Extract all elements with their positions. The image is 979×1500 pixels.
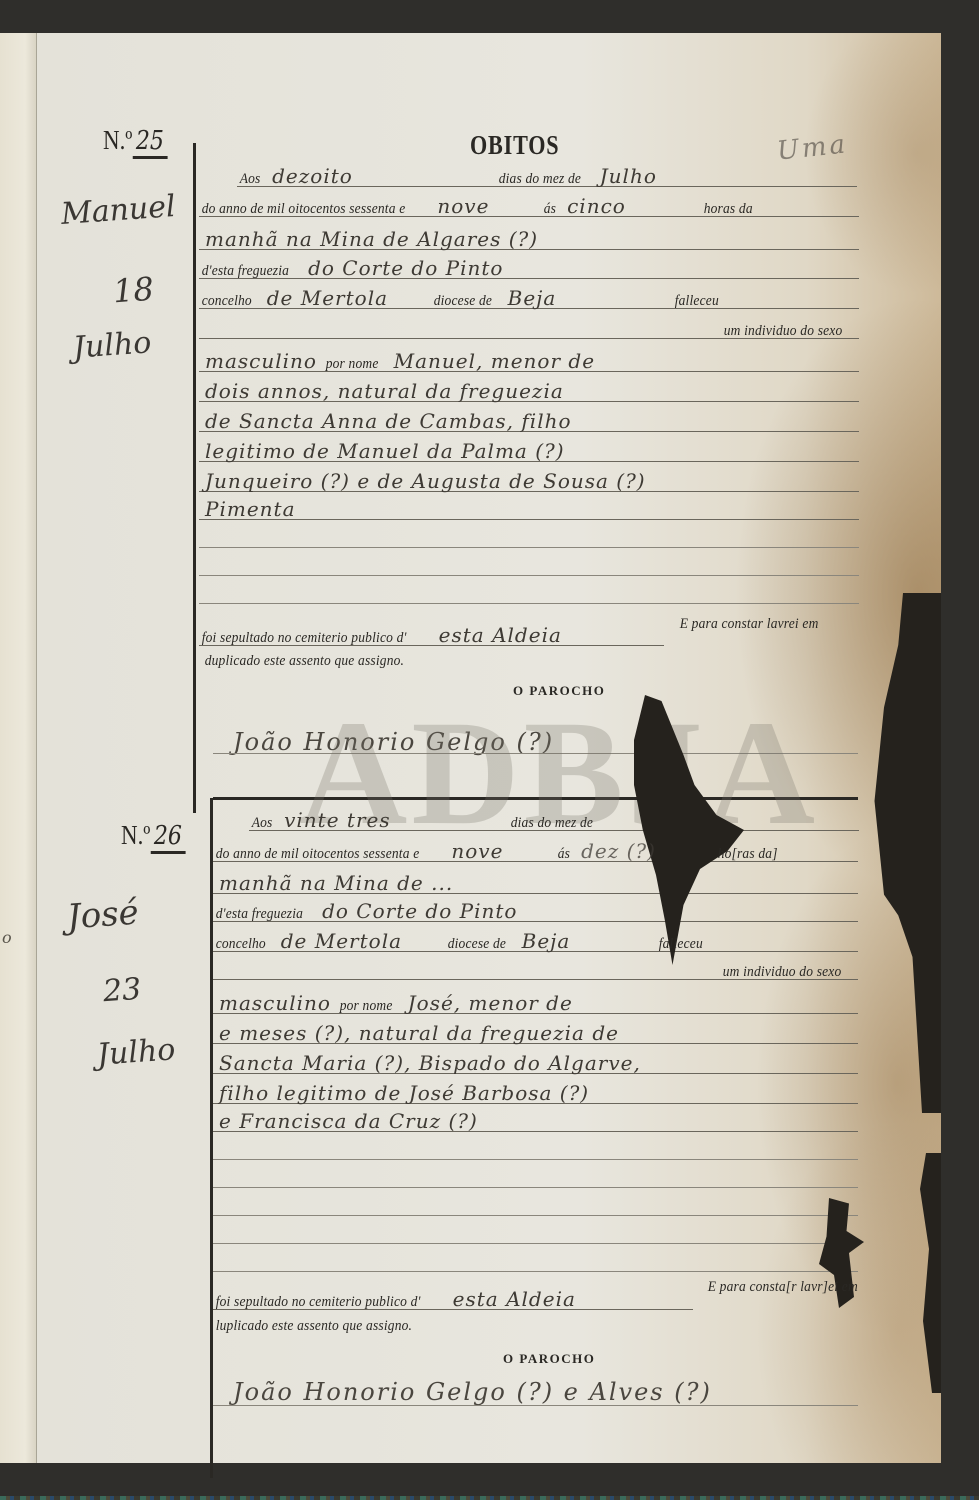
detail-line: Sancta Maria (?), Bispado do Algarve, (213, 1053, 858, 1075)
form-line-nome: masculino por nome Manuel, menor de (199, 351, 859, 373)
blank-line (213, 1139, 858, 1161)
entry-number: N.º26 (121, 820, 185, 851)
form-line-year: do anno de mil oitocentos sessenta e nov… (213, 841, 858, 863)
facing-page-mark: o (2, 928, 12, 947)
signature-line (213, 1385, 858, 1407)
form-line-day: Aos vinte tres dias do mez de (249, 810, 859, 832)
blank-line (213, 1223, 858, 1245)
detail-line: Pimenta (199, 499, 859, 521)
facing-page-edge: o (0, 33, 36, 1463)
year-value: nove (445, 839, 555, 863)
nome-value: José, menor de (402, 991, 579, 1015)
blank-line (199, 583, 859, 605)
form-line-place: manhã na Mina de ... (213, 873, 858, 895)
concelho-value: de Mertola (275, 929, 445, 953)
day-value: dezoito (266, 164, 496, 188)
page-title: OBITOS (470, 130, 559, 161)
parocho-label: O PAROCHO (513, 683, 605, 699)
form-line-sepultado: foi sepultado no cemiterio publico d' es… (213, 1289, 693, 1311)
register-page: OBITOS Uma N.º25 Manuel 18 Julho Aos dez… (36, 33, 941, 1463)
blank-line (199, 527, 859, 549)
margin-name: José (66, 893, 140, 938)
parocho-label: O PAROCHO (503, 1351, 595, 1367)
day-value: vinte tres (278, 808, 508, 832)
signature-line (213, 733, 858, 755)
nome-value: Manuel, menor de (388, 349, 601, 373)
calibration-strip (0, 1496, 979, 1500)
hour-value: dez (?) (575, 839, 715, 863)
form-line-year: do anno de mil oitocentos sessenta e nov… (199, 196, 859, 218)
constar-label: E para consta[r lavr]ei em (705, 1279, 861, 1296)
column-rule (210, 798, 213, 1478)
blank-line (199, 555, 859, 577)
blank-line (213, 1195, 858, 1217)
freguezia-value: do Corte do Pinto (302, 256, 509, 280)
form-line-sexo: um individuo do sexo (213, 959, 858, 981)
hour-value: cinco (561, 194, 701, 218)
form-line-sexo: um individuo do sexo (199, 318, 859, 340)
duplicado-label: duplicado este assento que assigno. (202, 653, 407, 670)
form-line-day: Aos dezoito dias do mez de Julho (237, 166, 857, 188)
form-line-nome: masculino por nome José, menor de (213, 993, 858, 1015)
freguezia-value: do Corte do Pinto (316, 899, 523, 923)
margin-day: 18 (112, 270, 155, 311)
burn-damage (846, 593, 941, 1113)
form-line-freguezia: d'esta freguezia do Corte do Pinto (199, 258, 859, 280)
blank-line (213, 1251, 858, 1273)
sexo-value: masculino (213, 991, 337, 1015)
duplicado-label: luplicado este assento que assigno. (213, 1318, 415, 1335)
margin-month: Julho (72, 325, 153, 365)
time-place-value: manhã na Mina de ... (213, 871, 459, 895)
form-line-concelho: concelho de Mertola diocese de Beja fall… (213, 931, 858, 953)
month-value: Julho (594, 164, 663, 188)
burn-damage (911, 1153, 941, 1393)
corner-note: Uma (776, 129, 850, 166)
cemiterio-value: esta Aldeia (433, 623, 568, 647)
form-line-place: manhã na Mina de Algares (?) (199, 229, 859, 251)
detail-line: dois annos, natural da freguezia (199, 381, 859, 403)
year-value: nove (431, 194, 541, 218)
sexo-value: masculino (199, 349, 323, 373)
detail-line: legitimo de Manuel da Palma (?) (199, 441, 859, 463)
form-line-sepultado: foi sepultado no cemiterio publico d' es… (199, 625, 664, 647)
concelho-value: de Mertola (261, 286, 431, 310)
detail-line: e meses (?), natural da freguezia de (213, 1023, 858, 1045)
detail-line: e Francisca da Cruz (?) (213, 1111, 858, 1133)
detail-line: filho legitimo de José Barbosa (?) (213, 1083, 858, 1105)
column-rule (193, 143, 196, 813)
diocese-value: Beja (516, 929, 656, 953)
entry-number: N.º25 (103, 125, 167, 156)
cemiterio-value: esta Aldeia (447, 1287, 582, 1311)
margin-name: Manuel (60, 189, 177, 232)
time-place-value: manhã na Mina de Algares (?) (199, 227, 544, 251)
detail-line: de Sancta Anna de Cambas, filho (199, 411, 859, 433)
constar-label: E para constar lavrei em (677, 616, 821, 633)
diocese-value: Beja (502, 286, 672, 310)
margin-day: 23 (102, 972, 143, 1010)
margin-month: Julho (96, 1032, 177, 1072)
detail-line: Junqueiro (?) e de Augusta de Sousa (?) (199, 471, 859, 493)
form-line-freguezia: d'esta freguezia do Corte do Pinto (213, 901, 858, 923)
blank-line (213, 1167, 858, 1189)
form-line-concelho: concelho de Mertola diocese de Beja fall… (199, 288, 859, 310)
entry-separator (213, 797, 858, 800)
